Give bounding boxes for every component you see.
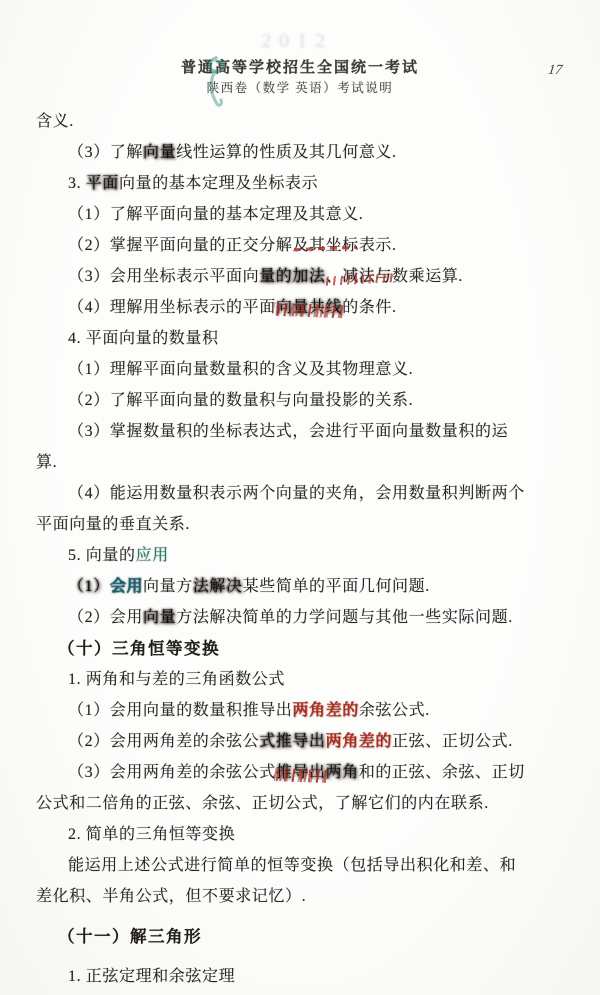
text-line: 2. 简单的三角恒等变换 — [36, 819, 576, 850]
text-line: 平面向量的垂直关系. — [36, 509, 576, 540]
text-line: 算. — [36, 447, 576, 478]
text-line: 含义. — [36, 106, 576, 137]
ink-mark-smudge: 量的加法 — [259, 268, 325, 285]
text-segment: （3）会用坐标表示平面向 — [68, 268, 259, 285]
text-line: （3）会用坐标表示平面向量的加法、减法与数乘运算. — [36, 261, 576, 292]
text-segment: （2）了解平面向量的数量积与向量投影的关系. — [68, 392, 413, 409]
text-line: （2）了解平面向量的数量积与向量投影的关系. — [36, 385, 576, 416]
ink-mark-smudge: （1） — [68, 578, 110, 595]
text-line: （2）掌握平面向量的正交分解及其坐标表示. — [36, 230, 576, 261]
faint-watermark-text: 2012 — [261, 30, 333, 53]
text-segment: 平面向量的垂直关系. — [36, 516, 190, 533]
text-line: （3）会用两角差的余弦公式推导出两角和的正弦、余弦、正切 — [36, 757, 576, 788]
text-segment: （十）三角恒等变换 — [58, 639, 220, 658]
text-segment: （4）能运用数量积表示两个向量的夹角，会用数量积判断两个 — [68, 485, 525, 502]
text-segment: 的条件. — [342, 299, 396, 316]
text-line: 能运用上述公式进行简单的恒等变换（包括导出积化和差、和 — [36, 850, 576, 881]
text-segment: （十一）解三角形 — [58, 927, 202, 946]
ink-mark-smudge: 两角 — [326, 764, 359, 781]
scanned-document-page: 2012 普通高等学校招生全国统一考试 陕西卷（数学 英语）考试说明 17 含义… — [0, 0, 600, 995]
ink-mark-redtext: 两角差的 — [292, 702, 358, 719]
text-line: 4. 平面向量的数量积 — [36, 323, 576, 354]
ink-mark-green: 应用 — [136, 547, 169, 564]
text-line: （1）会用向量的数量积推导出两角差的余弦公式. — [36, 695, 576, 726]
text-segment: 向量的基本定理及坐标表示 — [119, 175, 318, 192]
ink-mark-redsmudge: 向量共线 — [276, 299, 342, 316]
text-segment: （2）会用 — [68, 609, 143, 626]
text-segment: 1. 两角和与差的三角函数公式 — [68, 671, 285, 688]
text-line: 3. 平面向量的基本定理及坐标表示 — [36, 168, 576, 199]
text-segment: 1. 正弦定理和余弦定理 — [68, 968, 235, 985]
ink-mark-redsmudge: 推导出 — [276, 764, 326, 781]
text-line: （1）了解平面向量的基本定理及其意义. — [36, 199, 576, 230]
ink-mark-smudge: 向量 — [143, 144, 176, 161]
ink-mark-redtext: 两角差的 — [326, 733, 392, 750]
page-number: 17 — [547, 63, 563, 79]
text-line: （2）会用向量方法解决简单的力学问题与其他一些实际问题. — [36, 602, 576, 633]
document-title: 普通高等学校招生全国统一考试 — [0, 56, 600, 77]
text-segment: （4）理解用坐标表示的平面 — [68, 299, 276, 316]
ink-mark-smudge: 式推导出 — [259, 733, 325, 750]
text-line: 公式和二倍角的正弦、余弦、正切公式，了解它们的内在联系. — [36, 788, 576, 819]
ink-mark-greenbold: 会用 — [110, 578, 143, 595]
text-segment: 能运用上述公式进行简单的恒等变换（包括导出积化和差、和 — [68, 857, 516, 874]
ink-mark-smudge: 向量 — [143, 609, 176, 626]
text-segment: 某些简单的平面几何问题. — [243, 578, 430, 595]
ink-mark-smudge: 平面 — [86, 175, 119, 192]
text-line: 5. 向量的应用 — [36, 540, 576, 571]
document-body: 含义.（3）了解向量线性运算的性质及其几何意义.3. 平面向量的基本定理及坐标表… — [36, 106, 576, 992]
text-line: （2）会用两角差的余弦公式推导出两角差的正弦、正切公式. — [36, 726, 576, 757]
text-line: 1. 两角和与差的三角函数公式 — [36, 664, 576, 695]
text-line: 1. 正弦定理和余弦定理 — [36, 961, 576, 992]
ink-mark-redscrib: 、减法与 — [326, 268, 392, 285]
text-segment: 和的正弦、余弦、正切 — [359, 764, 525, 781]
text-segment: 表示. — [359, 237, 397, 254]
text-segment: 差化积、半角公式，但不要求记忆）. — [36, 888, 306, 905]
text-line: （3）了解向量线性运算的性质及其几何意义. — [36, 137, 576, 168]
text-segment: （3）掌握数量积的坐标表达式，会进行平面向量数量积的运 — [68, 423, 508, 440]
text-segment: （2）掌握平面向量的正交分解 — [68, 237, 292, 254]
text-segment: 线性运算的性质及其几何意义. — [176, 144, 396, 161]
text-segment: （2）会用两角差的余弦公 — [68, 733, 259, 750]
text-segment: 含义. — [36, 113, 74, 130]
text-segment: （3）会用两角差的余弦公式 — [68, 764, 276, 781]
text-line: （3）掌握数量积的坐标表达式，会进行平面向量数量积的运 — [36, 416, 576, 447]
text-segment: 正弦、正切公式. — [392, 733, 513, 750]
text-segment: 公式和二倍角的正弦、余弦、正切公式，了解它们的内在联系. — [36, 795, 489, 812]
text-segment: 5. 向量的 — [68, 547, 136, 564]
text-line: （1）会用向量方法解决某些简单的平面几何问题. — [36, 571, 576, 602]
text-segment: 4. 平面向量的数量积 — [68, 330, 219, 347]
text-segment: （1）理解平面向量数量积的含义及其物理意义. — [68, 361, 413, 378]
text-line: （4）理解用坐标表示的平面向量共线的条件. — [36, 292, 576, 323]
text-segment: 向量方 — [143, 578, 193, 595]
text-segment: 算. — [36, 454, 57, 471]
text-line: （4）能运用数量积表示两个向量的夹角，会用数量积判断两个 — [36, 478, 576, 509]
text-segment: 2. 简单的三角恒等变换 — [68, 826, 235, 843]
text-line: （1）理解平面向量数量积的含义及其物理意义. — [36, 354, 576, 385]
text-segment: （1）会用向量的数量积推导出 — [68, 702, 292, 719]
text-segment: 数乘运算. — [392, 268, 463, 285]
document-subtitle: 陕西卷（数学 英语）考试说明 — [0, 78, 600, 96]
text-segment: （1）了解平面向量的基本定理及其意义. — [68, 206, 363, 223]
text-segment: 3. — [68, 175, 86, 192]
section-heading: （十）三角恒等变换 — [36, 633, 576, 664]
section-heading: （十一）解三角形 — [36, 921, 576, 952]
text-segment: 余弦公式. — [359, 702, 430, 719]
text-line: 差化积、半角公式，但不要求记忆）. — [36, 881, 576, 912]
ink-mark-smudge: 法解决 — [193, 578, 243, 595]
text-segment: 方法解决简单的力学问题与其他一些实际问题. — [176, 609, 513, 626]
ink-mark-redunder: 及其坐标 — [292, 237, 358, 254]
text-segment: （3）了解 — [68, 144, 143, 161]
